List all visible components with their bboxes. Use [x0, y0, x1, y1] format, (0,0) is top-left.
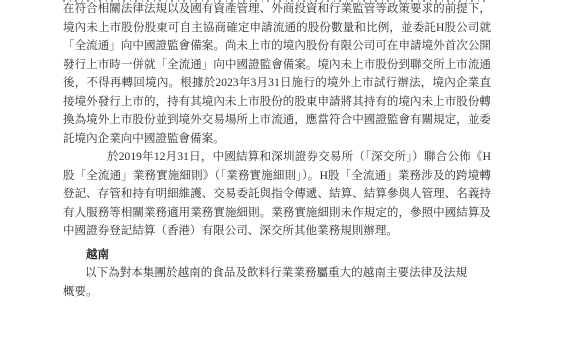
- text-column: 在符合相關法律法規以及國有資產管理、外商投資和行業監管等政策要求的前提下，境內未…: [63, 0, 491, 301]
- document-page: 在符合相關法律法規以及國有資產管理、外商投資和行業監管等政策要求的前提下，境內未…: [0, 0, 570, 360]
- paragraph-implementation-rules: 於2019年12月31日，中國結算和深圳證券交易所（「深交所」）聯合公佈《H股「…: [63, 148, 491, 241]
- section-heading-vietnam: 越南: [86, 246, 491, 265]
- paragraph-vietnam-intro: 以下為對本集團於越南的食品及飲料行業業務屬重大的越南主要法律及法規概要。: [63, 264, 467, 301]
- paragraph-full-circulation-filing: 在符合相關法律法規以及國有資產管理、外商投資和行業監管等政策要求的前提下，境內未…: [63, 0, 491, 148]
